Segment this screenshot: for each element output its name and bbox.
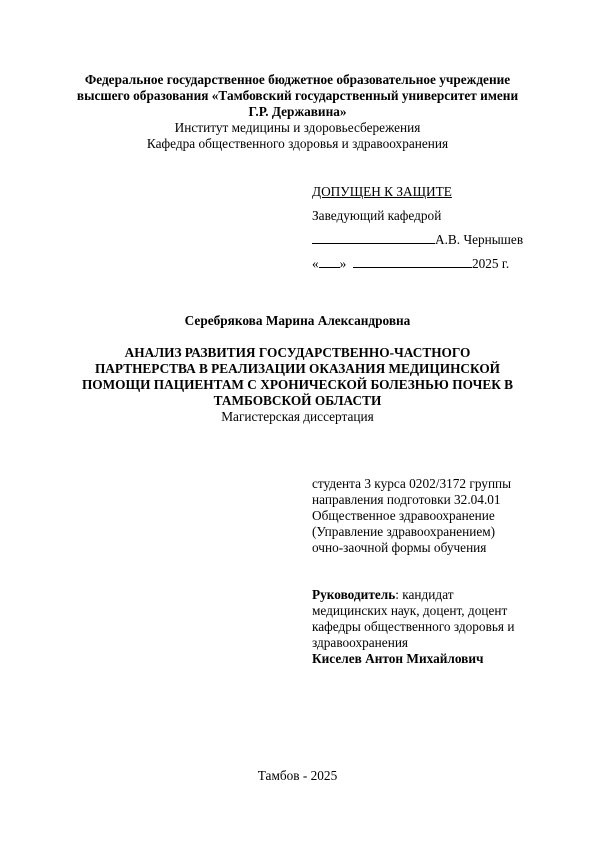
- institute-name: Институт медицины и здоровьесбережения: [60, 120, 535, 136]
- student-line-3: Общественное здравоохранение: [312, 508, 552, 524]
- student-line-4: (Управление здравоохранением): [312, 524, 552, 540]
- day-blank: [319, 255, 340, 268]
- supervisor-name: Киселев Антон Михайлович: [312, 651, 552, 667]
- city-year: Тамбов - 2025: [60, 768, 535, 784]
- signature-blank: [312, 231, 435, 244]
- thesis-title-line-3: ПОМОЩИ ПАЦИЕНТАМ С ХРОНИЧЕСКОЙ БОЛЕЗНЬЮ …: [60, 377, 535, 393]
- supervisor-line-4: здравоохранения: [312, 635, 552, 651]
- institution-header: Федеральное государственное бюджетное об…: [60, 72, 535, 152]
- department-name: Кафедра общественного здоровья и здравоо…: [60, 136, 535, 152]
- supervisor-label: Руководитель: [312, 587, 395, 602]
- date-close-quote: »: [340, 256, 347, 271]
- thesis-title-block: АНАЛИЗ РАЗВИТИЯ ГОСУДАРСТВЕННО-ЧАСТНОГО …: [60, 345, 535, 425]
- approval-signature-line: А.В. Чернышев: [312, 230, 552, 254]
- institution-line-2: высшего образования «Тамбовский государс…: [60, 88, 535, 104]
- approval-year: 2025 г.: [472, 256, 509, 271]
- approval-block: ДОПУЩЕН К ЗАЩИТЕ Заведующий кафедрой А.В…: [312, 182, 552, 278]
- approval-date-line: «» 2025 г.: [312, 254, 552, 278]
- approval-head-name: А.В. Чернышев: [435, 232, 523, 247]
- thesis-title-line-2: ПАРТНЕРСТВА В РЕАЛИЗАЦИИ ОКАЗАНИЯ МЕДИЦИ…: [60, 361, 535, 377]
- student-info-block: студента 3 курса 0202/3172 группы направ…: [312, 476, 552, 556]
- date-open-quote: «: [312, 256, 319, 271]
- supervisor-block: Руководитель: кандидат медицинских наук,…: [312, 587, 552, 667]
- supervisor-line-3: кафедры общественного здоровья и: [312, 619, 552, 635]
- supervisor-line-2: медицинских наук, доцент, доцент: [312, 603, 552, 619]
- thesis-type: Магистерская диссертация: [60, 409, 535, 425]
- institution-line-1: Федеральное государственное бюджетное об…: [60, 72, 535, 88]
- institution-line-3: Г.Р. Державина»: [60, 104, 535, 120]
- approval-heading: ДОПУЩЕН К ЗАЩИТЕ: [312, 182, 552, 206]
- footer-block: Тамбов - 2025: [60, 768, 535, 784]
- student-line-2: направления подготовки 32.04.01: [312, 492, 552, 508]
- author-name: Серебрякова Марина Александровна: [60, 313, 535, 329]
- author-block: Серебрякова Марина Александровна: [60, 313, 535, 329]
- supervisor-line-1: Руководитель: кандидат: [312, 587, 552, 603]
- thesis-title-line-4: ТАМБОВСКОЙ ОБЛАСТИ: [60, 393, 535, 409]
- approval-position: Заведующий кафедрой: [312, 206, 552, 230]
- supervisor-label-suffix: : кандидат: [395, 587, 453, 602]
- student-line-5: очно-заочной формы обучения: [312, 540, 552, 556]
- title-page: Федеральное государственное бюджетное об…: [0, 0, 595, 841]
- student-line-1: студента 3 курса 0202/3172 группы: [312, 476, 552, 492]
- thesis-title-line-1: АНАЛИЗ РАЗВИТИЯ ГОСУДАРСТВЕННО-ЧАСТНОГО: [60, 345, 535, 361]
- month-blank: [353, 255, 472, 268]
